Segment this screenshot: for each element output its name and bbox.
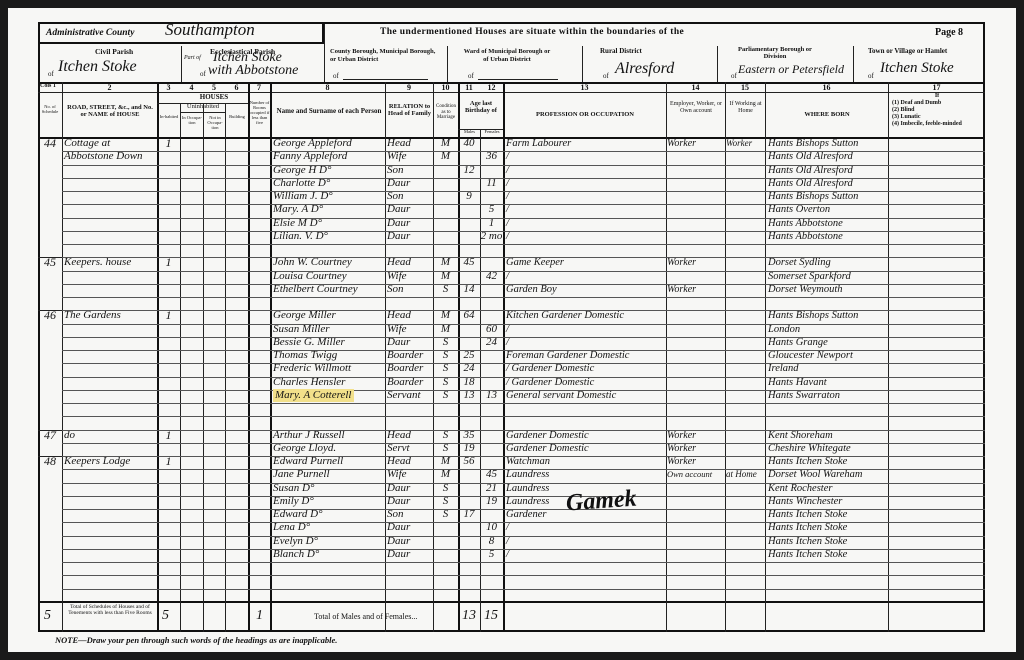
female-age-cell: 5 xyxy=(480,548,503,561)
column-number: 13 xyxy=(503,83,666,92)
occupation-cell: Laundress xyxy=(506,468,666,481)
row-rule xyxy=(62,575,985,576)
relation-header: RELATION to Head of Family xyxy=(387,103,432,117)
inhabited-cell: 1 xyxy=(157,309,180,322)
occupation-cell: / xyxy=(506,203,666,216)
male-age-cell: 64 xyxy=(458,309,480,322)
name-cell: Susan Miller xyxy=(273,323,385,336)
inhabited-cell: 1 xyxy=(157,429,180,442)
occupation-cell: / xyxy=(506,164,666,177)
relation-cell: Head xyxy=(387,429,433,442)
name-cell: John W. Courtney xyxy=(273,256,385,269)
condition-cell: S xyxy=(433,495,458,508)
condition-cell: M xyxy=(433,309,458,322)
occupation-cell: / xyxy=(506,548,666,561)
column-number: 14 xyxy=(666,83,725,92)
name-cell: Edward D° xyxy=(273,508,385,521)
row-rule xyxy=(62,297,985,298)
name-cell: Lilian. V. D° xyxy=(273,230,385,243)
road-header: ROAD, STREET, &c., and No. or NAME of HO… xyxy=(64,104,156,118)
condition-cell: S xyxy=(433,429,458,442)
relation-cell: Wife xyxy=(387,323,433,336)
female-age-cell: 42 xyxy=(480,270,503,283)
male-age-cell: 14 xyxy=(458,283,480,296)
born-cell: Hants Old Alresford xyxy=(768,164,888,177)
born-cell: Kent Rochester xyxy=(768,482,888,495)
column-number: 8 xyxy=(270,83,385,92)
female-age-cell: 24 xyxy=(480,336,503,349)
condition-cell: S xyxy=(433,336,458,349)
name-header: Name and Surname of each Person xyxy=(275,108,383,116)
relation-cell: Servant xyxy=(387,389,433,402)
occupation-header: PROFESSION OR OCCUPATION xyxy=(505,111,665,118)
occupation-cell: / xyxy=(506,150,666,163)
condition-cell: M xyxy=(433,137,458,150)
in-occupation-header: In Occupa-tion xyxy=(181,116,203,126)
employer-cell: Worker xyxy=(667,283,725,296)
uninhabited-header: Uninhabited xyxy=(180,103,226,110)
name-cell: Bessie G. Miller xyxy=(273,336,385,349)
male-age-cell: 18 xyxy=(458,376,480,389)
column-number: Cols 1 xyxy=(40,83,64,89)
male-age-cell: 35 xyxy=(458,429,480,442)
employer-cell: Own account xyxy=(667,468,725,481)
name-cell: Fanny Appleford xyxy=(273,150,385,163)
condition-cell: M xyxy=(433,468,458,481)
born-cell: Ireland xyxy=(768,362,888,375)
relation-cell: Daur xyxy=(387,535,433,548)
road-cell: do xyxy=(64,429,157,442)
female-age-cell: 13 xyxy=(480,389,503,402)
male-age-cell: 17 xyxy=(458,508,480,521)
persons-total-label: Total of Males and of Females... xyxy=(314,612,417,621)
occupation-cell: Foreman Gardener Domestic xyxy=(506,349,666,362)
relation-cell: Head xyxy=(387,309,433,322)
employer-cell: Worker xyxy=(667,256,725,269)
column-number: 7 xyxy=(248,83,270,92)
colnum-divider xyxy=(38,92,985,93)
relation-cell: Head xyxy=(387,455,433,468)
born-cell: Dorset Sydling xyxy=(768,256,888,269)
name-cell: George H D° xyxy=(273,164,385,177)
occupation-cell: / xyxy=(506,230,666,243)
inhabited-cell: 1 xyxy=(157,137,180,150)
column-number: 11 xyxy=(458,83,480,92)
column-rule xyxy=(225,103,226,632)
employer-cell: Worker xyxy=(667,455,725,468)
column-number: 5 xyxy=(203,83,225,92)
road-cell: Keepers Lodge xyxy=(64,455,157,468)
name-cell: Edward Purnell xyxy=(273,455,385,468)
row-rule xyxy=(62,562,985,563)
name-cell: Charles Hensler xyxy=(273,376,385,389)
schedules-total-label: Total of Schedules of Houses and of Tene… xyxy=(66,604,154,616)
female-age-cell: 11 xyxy=(480,177,503,190)
relation-cell: Daur xyxy=(387,548,433,561)
born-cell: Hants Itchen Stoke xyxy=(768,548,888,561)
born-cell: Kent Shoreham xyxy=(768,429,888,442)
occupation-cell: Kitchen Gardener Domestic xyxy=(506,309,666,322)
females-total: 15 xyxy=(484,608,498,624)
males-header: Males xyxy=(459,130,480,135)
born-cell: Dorset Weymouth xyxy=(768,283,888,296)
name-cell: Mary. A Cotterell xyxy=(273,389,354,402)
relation-cell: Daur xyxy=(387,230,433,243)
born-cell: Hants Winchester xyxy=(768,495,888,508)
occupation-cell: / xyxy=(506,217,666,230)
name-cell: Thomas Twigg xyxy=(273,349,385,362)
female-age-cell: 1 xyxy=(480,217,503,230)
female-age-cell: 36 xyxy=(480,150,503,163)
employer-header: Employer, Worker, or Own account xyxy=(667,101,725,114)
column-number: 3 xyxy=(157,83,180,92)
condition-cell: S xyxy=(433,283,458,296)
born-cell: Hants Overton xyxy=(768,203,888,216)
relation-cell: Daur xyxy=(387,203,433,216)
name-cell: Charlotte D° xyxy=(273,177,385,190)
schedule-header: No. of Schedule xyxy=(40,105,60,115)
name-cell: William J. D° xyxy=(273,190,385,203)
enumerator-annotation: Gamek xyxy=(565,486,637,518)
name-cell: Evelyn D° xyxy=(273,535,385,548)
occupation-cell: / xyxy=(506,270,666,283)
column-number: 16 xyxy=(765,83,888,92)
name-cell: Louisa Courtney xyxy=(273,270,385,283)
born-cell: Hants Old Alresford xyxy=(768,177,888,190)
inhabited-cell: 1 xyxy=(157,455,180,468)
column-rule xyxy=(203,103,204,632)
name-cell: George Miller xyxy=(273,309,385,322)
footer-note: NOTE—Draw your pen through such words of… xyxy=(55,635,337,645)
female-age-cell: 19 xyxy=(480,495,503,508)
born-cell: Hants Swarraton xyxy=(768,389,888,402)
condition-cell: S xyxy=(433,349,458,362)
relation-cell: Daur xyxy=(387,217,433,230)
row-rule xyxy=(62,403,985,404)
relation-cell: Son xyxy=(387,164,433,177)
born-cell: London xyxy=(768,323,888,336)
age-header: Age last Birthday of xyxy=(460,100,502,114)
male-age-cell: 12 xyxy=(458,164,480,177)
born-cell: Hants Old Alresford xyxy=(768,150,888,163)
column-number: 17 xyxy=(888,83,985,92)
inhabited-cell: 1 xyxy=(157,256,180,269)
infirmity-3: (3) Lunatic xyxy=(892,114,984,121)
name-cell: Susan D° xyxy=(273,482,385,495)
schedule-cell: 48 xyxy=(38,455,62,468)
female-age-cell: 60 xyxy=(480,323,503,336)
name-cell: Arthur J Russell xyxy=(273,429,385,442)
infirmity-if: If xyxy=(890,93,984,100)
male-age-cell: 13 xyxy=(458,389,480,402)
condition-cell: M xyxy=(433,270,458,283)
condition-cell: M xyxy=(433,455,458,468)
born-cell: Hants Bishops Sutton xyxy=(768,137,888,150)
occupation-cell: Game Keeper xyxy=(506,256,666,269)
row-rule xyxy=(62,589,985,590)
name-cell: George Appleford xyxy=(273,137,385,150)
at-home-header: If Working at Home xyxy=(726,101,765,114)
relation-cell: Daur xyxy=(387,177,433,190)
male-age-cell: 19 xyxy=(458,442,480,455)
schedule-cell: 47 xyxy=(38,429,62,442)
employer-cell: Worker xyxy=(667,442,725,455)
occupation-cell: / xyxy=(506,177,666,190)
female-age-cell: 5 xyxy=(480,203,503,216)
condition-cell: S xyxy=(433,442,458,455)
occupation-cell: / xyxy=(506,336,666,349)
not-in-occupation-header: Not in Occupa-tion xyxy=(204,116,226,131)
building-header: Building xyxy=(226,115,248,120)
male-age-cell: 56 xyxy=(458,455,480,468)
column-number: 2 xyxy=(62,83,157,92)
condition-cell: S xyxy=(433,508,458,521)
occupation-cell: Farm Labourer xyxy=(506,137,666,150)
relation-cell: Head xyxy=(387,256,433,269)
employer-cell: Worker xyxy=(667,137,725,150)
houses-inhabited-total: 5 xyxy=(162,608,169,624)
relation-cell: Daur xyxy=(387,482,433,495)
occupation-cell: General servant Domestic xyxy=(506,389,666,402)
males-total: 13 xyxy=(462,608,476,624)
schedules-total: 5 xyxy=(44,608,51,624)
occupation-cell: / xyxy=(506,323,666,336)
relation-cell: Wife xyxy=(387,468,433,481)
name-cell: Lena D° xyxy=(273,521,385,534)
relation-cell: Servt xyxy=(387,442,433,455)
female-age-cell: 21 xyxy=(480,482,503,495)
female-age-cell: 10 xyxy=(480,521,503,534)
born-cell: Hants Itchen Stoke xyxy=(768,455,888,468)
name-cell: Ethelbert Courtney xyxy=(273,283,385,296)
infirmity-1: (1) Deaf and Dumb xyxy=(892,100,984,107)
condition-cell: M xyxy=(433,256,458,269)
relation-cell: Wife xyxy=(387,270,433,283)
born-cell: Hants Grange xyxy=(768,336,888,349)
born-cell: Gloucester Newport xyxy=(768,349,888,362)
condition-cell: S xyxy=(433,389,458,402)
occupation-cell: / xyxy=(506,535,666,548)
born-cell: Dorset Wool Wareham xyxy=(768,468,888,481)
infirmity-list: (1) Deaf and Dumb (2) Blind (3) Lunatic … xyxy=(892,100,984,128)
born-cell: Cheshire Whitegate xyxy=(768,442,888,455)
condition-cell: M xyxy=(433,150,458,163)
female-age-cell: 8 xyxy=(480,535,503,548)
column-number: 15 xyxy=(725,83,765,92)
name-cell: Blanch D° xyxy=(273,548,385,561)
rooms-total: 1 xyxy=(256,608,263,624)
road-cell: Keepers. house xyxy=(64,256,157,269)
name-cell: Mary. A D° xyxy=(273,203,385,216)
occupation-cell: / Gardener Domestic xyxy=(506,376,666,389)
condition-header: Condition as to Marriage xyxy=(434,104,458,121)
condition-cell: S xyxy=(433,482,458,495)
relation-cell: Daur xyxy=(387,521,433,534)
male-age-cell: 24 xyxy=(458,362,480,375)
column-number: 9 xyxy=(385,83,433,92)
infirmity-2: (2) Blind xyxy=(892,107,984,114)
column-number: 12 xyxy=(480,83,503,92)
occupation-cell: / xyxy=(506,190,666,203)
at-home-cell: at Home xyxy=(726,468,766,481)
infirmity-4: (4) Imbecile, feeble-minded xyxy=(892,121,984,128)
occupation-cell: Garden Boy xyxy=(506,283,666,296)
condition-cell: S xyxy=(433,362,458,375)
male-age-cell: 25 xyxy=(458,349,480,362)
relation-cell: Daur xyxy=(387,336,433,349)
name-cell: Elsie M D° xyxy=(273,217,385,230)
rooms-header: Number of Rooms occupied if less than fi… xyxy=(249,101,270,126)
born-cell: Hants Abbotstone xyxy=(768,230,888,243)
name-cell: Emily D° xyxy=(273,495,385,508)
relation-cell: Son xyxy=(387,190,433,203)
female-age-cell: 45 xyxy=(480,468,503,481)
born-cell: Hants Abbotstone xyxy=(768,217,888,230)
condition-cell: M xyxy=(433,323,458,336)
uninhabited-underline xyxy=(180,112,225,113)
born-cell: Hants Bishops Sutton xyxy=(768,309,888,322)
name-cell: Jane Purnell xyxy=(273,468,385,481)
relation-cell: Boarder xyxy=(387,376,433,389)
column-rule xyxy=(180,103,181,632)
condition-cell: S xyxy=(433,376,458,389)
born-cell: Hants Bishops Sutton xyxy=(768,190,888,203)
schedule-cell: 45 xyxy=(38,256,62,269)
road-cell: Cottage at xyxy=(64,137,157,150)
column-number: 6 xyxy=(225,83,248,92)
relation-cell: Head xyxy=(387,137,433,150)
row-rule xyxy=(62,416,985,417)
male-age-cell: 40 xyxy=(458,137,480,150)
name-cell: George Lloyd. xyxy=(273,442,385,455)
inhabited-header: In-habited xyxy=(158,115,180,120)
relation-cell: Boarder xyxy=(387,349,433,362)
relation-cell: Daur xyxy=(387,495,433,508)
born-cell: Somerset Sparkford xyxy=(768,270,888,283)
relation-cell: Son xyxy=(387,283,433,296)
schedule-cell: 44 xyxy=(38,137,62,150)
column-number: 4 xyxy=(180,83,203,92)
where-born-header: WHERE BORN xyxy=(767,111,887,118)
born-cell: Hants Itchen Stoke xyxy=(768,521,888,534)
male-age-cell: 9 xyxy=(458,190,480,203)
female-age-cell: 2 mo xyxy=(480,230,503,243)
occupation-cell: / xyxy=(506,521,666,534)
occupation-cell: / Gardener Domestic xyxy=(506,362,666,375)
born-cell: Hants Havant xyxy=(768,376,888,389)
relation-cell: Boarder xyxy=(387,362,433,375)
row-rule xyxy=(62,244,985,245)
occupation-cell: Gardener Domestic xyxy=(506,442,666,455)
relation-cell: Son xyxy=(387,508,433,521)
females-header: Females xyxy=(481,130,503,135)
road-cell: Abbotstone Down xyxy=(64,150,157,163)
relation-cell: Wife xyxy=(387,150,433,163)
born-cell: Hants Itchen Stoke xyxy=(768,535,888,548)
name-cell: Frederic Willmott xyxy=(273,362,385,375)
born-cell: Hants Itchen Stoke xyxy=(768,508,888,521)
road-cell: The Gardens xyxy=(64,309,157,322)
occupation-cell: Gardener Domestic xyxy=(506,429,666,442)
male-age-cell: 45 xyxy=(458,256,480,269)
occupation-cell: Watchman xyxy=(506,455,666,468)
schedule-cell: 46 xyxy=(38,309,62,322)
column-number: 10 xyxy=(433,83,458,92)
employer-cell: Worker xyxy=(667,429,725,442)
at-home-cell: Worker xyxy=(726,137,766,150)
